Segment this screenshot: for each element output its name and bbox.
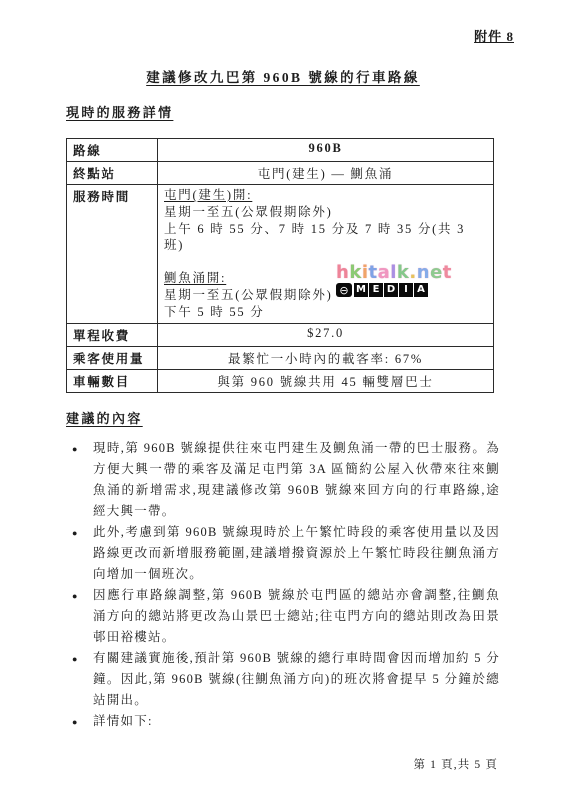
hkitalk-watermark: hkitalk.net ⊖ MEDIA: [336, 264, 452, 297]
row-label: 乘客使用量: [67, 346, 158, 369]
list-item: 因應行車路線調整,第 960B 號線於屯門區的總站亦會調整,往鰂魚涌方向的總站將…: [72, 585, 500, 648]
list-item: 詳情如下:: [72, 711, 500, 732]
hours-from-tuen-mun-days: 星期一至五(公眾假期除外): [164, 204, 487, 221]
hours-from-quarry-bay-header: 鰂魚涌開:: [164, 271, 226, 285]
section-heading-proposal: 建議的內容: [66, 408, 500, 427]
list-item: 此外,考慮到第 960B 號線現時於上午繁忙時段的乘客使用量以及因路線更改而新增…: [72, 522, 500, 585]
hours-from-quarry-bay-times: 下午 5 時 55 分: [164, 304, 487, 321]
page-number: 第 1 頁,共 5 頁: [413, 756, 498, 772]
list-item: 有關建議實施後,預計第 960B 號線的總行車時間會因而增加約 5 分鐘。因此,…: [72, 648, 500, 711]
table-row-termini: 終點站 屯門(建生) — 鰂魚涌: [67, 162, 494, 185]
row-value: 屯門(建生)開: 星期一至五(公眾假期除外) 上午 6 時 55 分、7 時 1…: [158, 185, 494, 324]
media-lens-icon: ⊖: [336, 283, 352, 297]
row-value: $27.0: [158, 323, 494, 346]
media-badge: ⊖ MEDIA: [336, 283, 452, 297]
hkitalk-logo: hkitalk.net: [336, 264, 452, 282]
row-value: 與第 960 號線共用 45 輛雙層巴士: [158, 369, 494, 392]
hours-from-tuen-mun-header: 屯門(建生)開:: [164, 188, 252, 202]
row-label: 終點站: [67, 162, 158, 185]
table-row-service-hours: 服務時間 屯門(建生)開: 星期一至五(公眾假期除外) 上午 6 時 55 分、…: [67, 185, 494, 324]
row-label: 車輛數目: [67, 369, 158, 392]
section-heading-current-service: 現時的服務詳情: [66, 102, 500, 121]
page-title: 建議修改九巴第 960B 號線的行車路線: [66, 0, 500, 86]
annex-label: 附件 8: [474, 26, 514, 45]
row-value: 960B: [158, 139, 494, 162]
table-row-route: 路線 960B: [67, 139, 494, 162]
document-page: 附件 8 建議修改九巴第 960B 號線的行車路線 現時的服務詳情 路線 960…: [0, 0, 566, 800]
table-row-fleet: 車輛數目 與第 960 號線共用 45 輛雙層巴士: [67, 369, 494, 392]
table-row-fare: 單程收費 $27.0: [67, 323, 494, 346]
media-label: MEDIA: [354, 283, 428, 297]
row-label: 單程收費: [67, 323, 158, 346]
list-item: 現時,第 960B 號線提供往來屯門建生及鰂魚涌一帶的巴士服務。為方便大興一帶的…: [72, 438, 500, 522]
hours-from-tuen-mun-times: 上午 6 時 55 分、7 時 15 分及 7 時 35 分(共 3 班): [164, 221, 487, 255]
row-value: 最繁忙一小時內的載客率: 67%: [158, 346, 494, 369]
proposal-bullet-list: 現時,第 960B 號線提供往來屯門建生及鰂魚涌一帶的巴士服務。為方便大興一帶的…: [66, 438, 500, 732]
row-value: 屯門(建生) — 鰂魚涌: [158, 162, 494, 185]
table-row-patronage: 乘客使用量 最繁忙一小時內的載客率: 67%: [67, 346, 494, 369]
row-label: 路線: [67, 139, 158, 162]
row-label: 服務時間: [67, 185, 158, 324]
